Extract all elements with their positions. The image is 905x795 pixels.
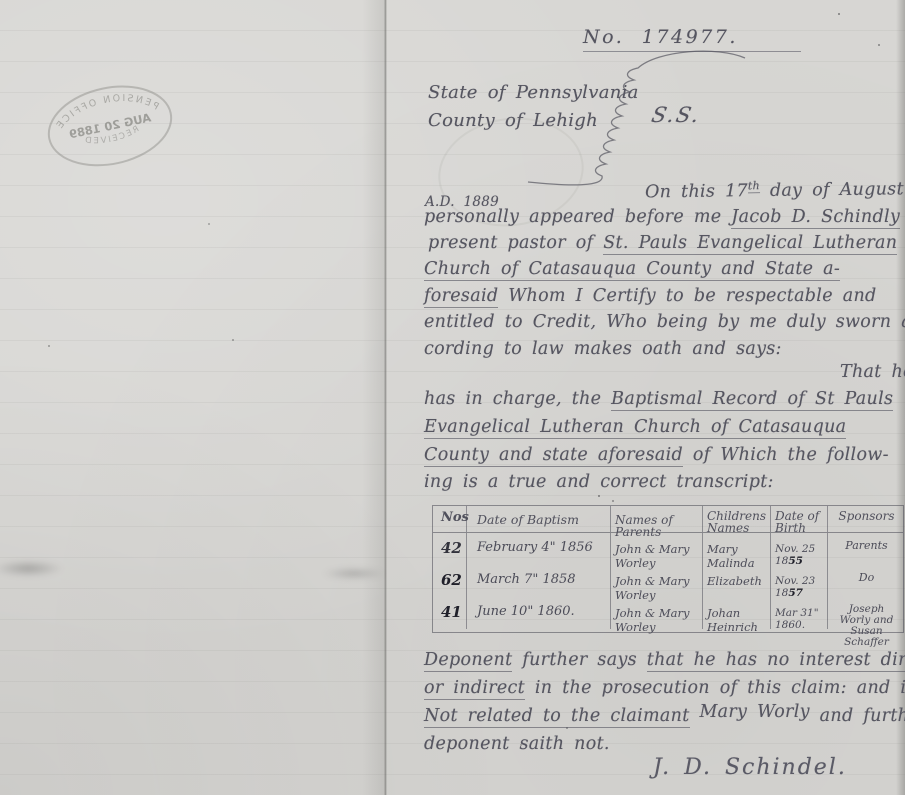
closing-line-1-mid: further says — [512, 650, 646, 670]
table-row: 62 March 7" 1858 John & Mary Worley Eliz… — [433, 565, 903, 597]
pastor-name: Jacob D. Schindly — [731, 207, 900, 229]
cell-parents: John & Mary Worley — [611, 565, 703, 597]
cell-no: 62 — [433, 565, 467, 597]
pastor-signature: J. D. Schindel. — [653, 755, 847, 780]
charge-line-2-underlined: Baptismal Record of St Pauls — [611, 389, 893, 411]
opening-line-4-text: Church of Catasauqua County and State a- — [424, 259, 840, 281]
header-date-of-birth: Date of Birth — [771, 506, 828, 532]
table-header-row: Nos Date of Baptism Names of Parents Chi… — [433, 506, 903, 533]
charge-line-4-rest: of Which the follow- — [683, 445, 889, 465]
cell-sponsors: Do — [828, 565, 903, 597]
center-fold-shadow — [362, 0, 386, 795]
cell-child-name: Johan Heinrich — [703, 597, 771, 629]
claimant-name-insert: Mary Worly — [699, 702, 809, 722]
closing-line-3-rest: and further — [810, 706, 905, 726]
cell-no: 42 — [433, 533, 467, 565]
cell-baptism-date: February 4" 1856 — [467, 533, 611, 565]
opening-line-5-underlined: foresaid — [424, 286, 498, 308]
charge-line-3-text: Evangelical Lutheran Church of Catasauqu… — [424, 417, 846, 439]
charge-line-4: County and state aforesaid of Which the … — [424, 445, 889, 465]
ink-smudge — [322, 567, 386, 580]
cell-baptism-date: March 7" 1858 — [467, 565, 611, 597]
cell-child-name: Elizabeth — [703, 565, 771, 597]
ink-smudge — [0, 560, 64, 577]
closing-line-3-underlined: Not related to the claimant — [424, 706, 690, 728]
closing-line-2-underlined: or indirect — [424, 678, 525, 700]
cell-sponsors: Parents — [828, 533, 903, 565]
cell-birth-date: Nov. 23 1857 — [771, 565, 828, 597]
header-childrens-names: Childrens Names — [703, 506, 771, 532]
closing-line-4: deponent saith not. — [424, 734, 610, 754]
day-number: 17 — [725, 181, 748, 201]
charge-line-2: has in charge, the Baptismal Record of S… — [424, 389, 893, 409]
charge-line-3: Evangelical Lutheran Church of Catasauqu… — [424, 417, 846, 437]
opening-line-4: Church of Catasauqua County and State a- — [424, 259, 840, 279]
closing-line-1-underlined-2: that he has no interest direct — [647, 650, 905, 672]
baptismal-record-table: Nos Date of Baptism Names of Parents Chi… — [432, 505, 904, 633]
cell-birth-date: Mar 31" 1860. — [771, 597, 828, 629]
church-name: St. Pauls Evangelical Lutheran — [603, 233, 897, 255]
opening-line-3-pre: present pastor of — [428, 233, 603, 253]
jurat-state: State of Pennsylvania — [428, 82, 639, 103]
pension-office-stamp: PENSION OFFICE AUG 20 1889 RECEIVED — [34, 67, 185, 185]
header-names-of-parents: Names of Parents — [611, 506, 703, 532]
charge-line-1: That he — [840, 362, 905, 382]
center-fold-line — [384, 0, 387, 795]
document-sheet: PENSION OFFICE AUG 20 1889 RECEIVED No. … — [0, 0, 905, 795]
opening-line-1-post: day of August — [760, 179, 904, 201]
charge-line-5: ing is a true and correct transcript: — [424, 472, 774, 492]
opening-line-5: foresaid Whom I Certify to be respectabl… — [424, 286, 877, 306]
cell-sponsors: Joseph Worly and Susan Schaffer — [828, 597, 903, 629]
cell-birth-date: Nov. 25 1855 — [771, 533, 828, 565]
jurat-ss-mark: S.S. — [649, 103, 703, 127]
opening-line-3: present pastor of St. Pauls Evangelical … — [428, 233, 897, 253]
closing-line-2-rest: in the prosecution of this claim: and is — [525, 678, 905, 698]
cell-baptism-date: June 10" 1860. — [467, 597, 611, 629]
charge-line-4-underlined: County and state aforesaid — [424, 445, 683, 467]
header-sponsors: Sponsors — [828, 506, 903, 532]
closing-line-1: Deponent further says that he has no int… — [424, 650, 905, 670]
birth-date-text: Mar 31" 1860. — [775, 607, 819, 631]
closing-line-2: or indirect in the prosecution of this c… — [424, 678, 905, 698]
page-right-edge — [896, 0, 905, 795]
cell-parents: John & Mary Worley — [611, 533, 703, 565]
cell-parents: John & Mary Worley — [611, 597, 703, 629]
cell-child-name: Mary Malinda — [703, 533, 771, 565]
day-suffix: th — [748, 179, 760, 193]
header-date-of-baptism: Date of Baptism — [467, 506, 611, 532]
opening-line-1: On this 17th day of August — [645, 177, 904, 202]
table-row: 42 February 4" 1856 John & Mary Worley M… — [433, 533, 903, 565]
opening-line-7: cording to law makes oath and says: — [424, 339, 782, 359]
closing-line-1-underlined-1: Deponent — [424, 650, 512, 672]
header-nos: Nos — [433, 506, 467, 532]
table-row: 41 June 10" 1860. John & Mary Worley Joh… — [433, 597, 903, 629]
opening-line-2-pre: personally appeared before me — [424, 207, 731, 227]
closing-line-3: Not related to the claimant Mary Worly a… — [424, 706, 905, 726]
charge-line-2-pre: has in charge, the — [424, 389, 611, 409]
opening-line-6: entitled to Credit, Who being by me duly… — [424, 312, 905, 332]
opening-line-5-rest: Whom I Certify to be respectable and — [498, 286, 876, 306]
paper-specks — [838, 13, 840, 15]
opening-line-1-pre: On this — [645, 181, 725, 202]
cell-no: 41 — [433, 597, 467, 629]
opening-line-2: personally appeared before me Jacob D. S… — [424, 207, 900, 227]
